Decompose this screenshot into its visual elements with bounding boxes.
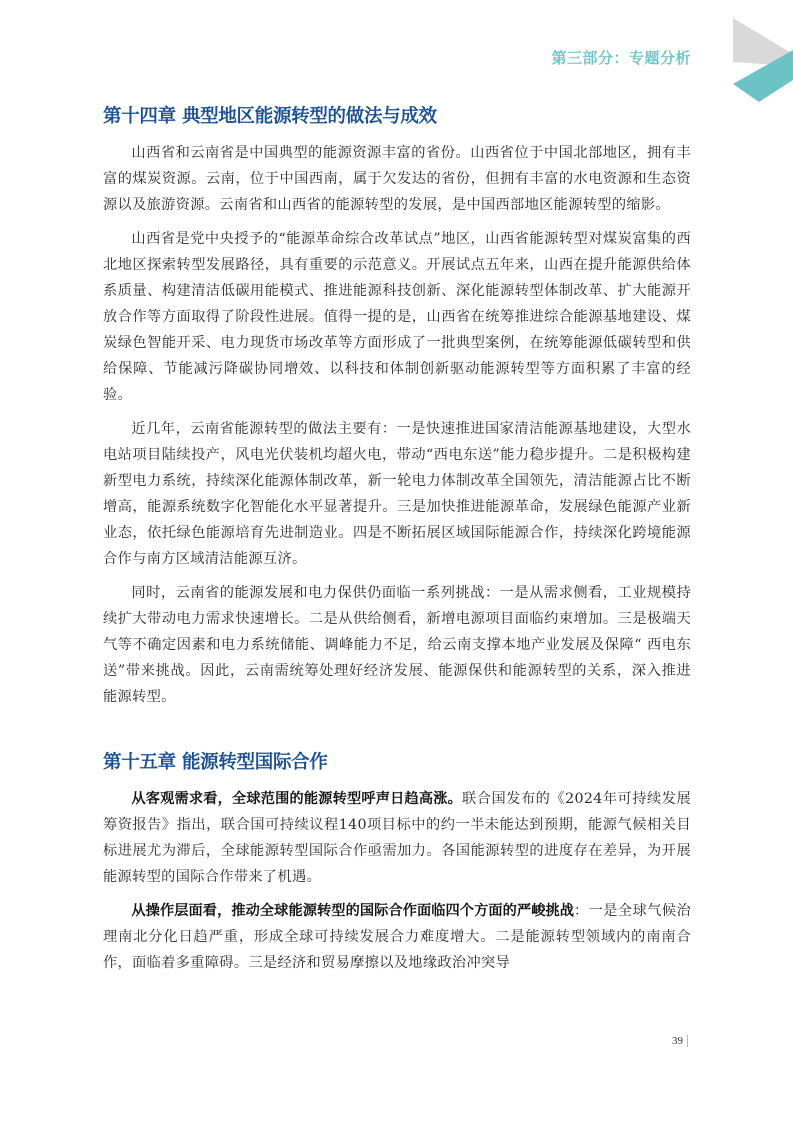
- chapter-14-title: 第十四章 典型地区能源转型的做法与成效: [103, 104, 691, 130]
- chapter-14-paragraph-3: 近几年，云南省能源转型的做法主要有：一是快速推进国家清洁能源基地建设，大型水电站…: [103, 416, 691, 572]
- page-number: 39: [672, 1035, 688, 1047]
- chapter-14-paragraph-4: 同时，云南省的能源发展和电力保供仍面临一系列挑战：一是从需求侧看，工业规模持续扩…: [103, 580, 691, 710]
- chapter-14-paragraph-1: 山西省和云南省是中国典型的能源资源丰富的省份。山西省位于中国北部地区，拥有丰富的…: [103, 140, 691, 218]
- corner-arrow-decoration-icon: [733, 18, 793, 102]
- chapter-15-title: 第十五章 能源转型国际合作: [103, 750, 691, 776]
- section-label: 第三部分：专题分析: [551, 47, 691, 68]
- chapter-14-paragraph-2: 山西省是党中央授予的“能源革命综合改革试点”地区，山西省能源转型对煤炭富集的西北…: [103, 226, 691, 408]
- chapter-15-paragraph-1: 从客观需求看，全球范围的能源转型呼声日趋高涨。联合国发布的《2024年可持续发展…: [103, 786, 691, 890]
- chapter-15-paragraph-2: 从操作层面看，推动全球能源转型的国际合作面临四个方面的严峻挑战：一是全球气候治理…: [103, 898, 691, 976]
- paragraph-lead-bold: 从操作层面看，推动全球能源转型的国际合作面临四个方面的严峻挑战: [131, 903, 574, 919]
- page-content: 第十四章 典型地区能源转型的做法与成效 山西省和云南省是中国典型的能源资源丰富的…: [103, 104, 691, 984]
- paragraph-lead-bold: 从客观需求看，全球范围的能源转型呼声日趋高涨。: [131, 791, 462, 807]
